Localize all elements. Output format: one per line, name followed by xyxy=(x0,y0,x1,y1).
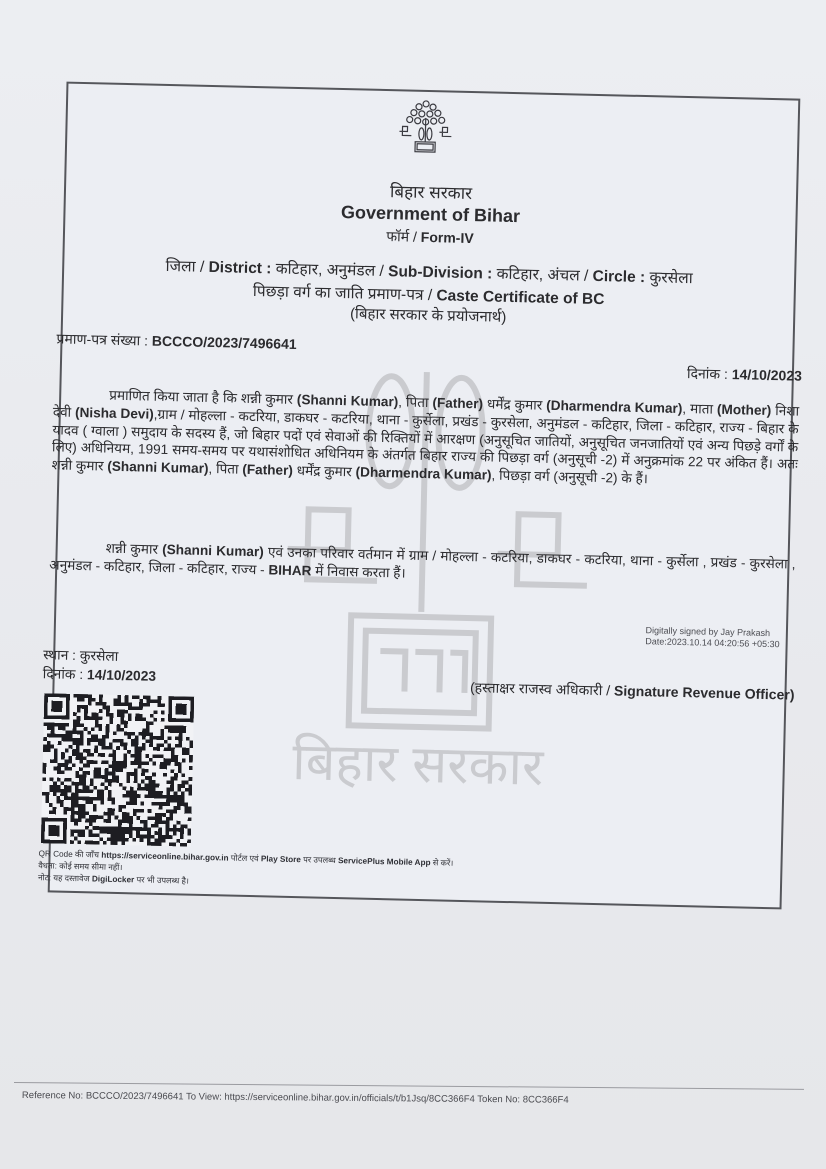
certificate-border: बिहार सरकार बिहार सरकार Government of Bi… xyxy=(48,82,801,910)
digital-signature: Digitally signed by Jay Prakash Date:202… xyxy=(645,625,780,650)
certification-paragraph: प्रमाणित किया जाता है कि शन्नी कुमार (Sh… xyxy=(51,385,799,491)
scanned-page: बिहार सरकार बिहार सरकार Government of Bi… xyxy=(0,0,826,1169)
place-and-date: स्थान : कुरसेला दिनांक : 14/10/2023 xyxy=(43,645,157,686)
issue-date: दिनांक : 14/10/2023 xyxy=(687,364,802,386)
certificate-number: प्रमाण-पत्र संख्या : BCCCO/2023/7496641 xyxy=(56,329,297,354)
qr-verification-note: QR Code की जाँच https://serviceonline.bi… xyxy=(38,848,454,894)
footer-divider xyxy=(14,1082,804,1090)
svg-text:बिहार सरकार: बिहार सरकार xyxy=(292,732,546,796)
reference-footer: Reference No: BCCCO/2023/7496641 To View… xyxy=(22,1090,569,1106)
bihar-emblem-icon xyxy=(395,97,456,158)
qr-code[interactable] xyxy=(41,693,194,846)
